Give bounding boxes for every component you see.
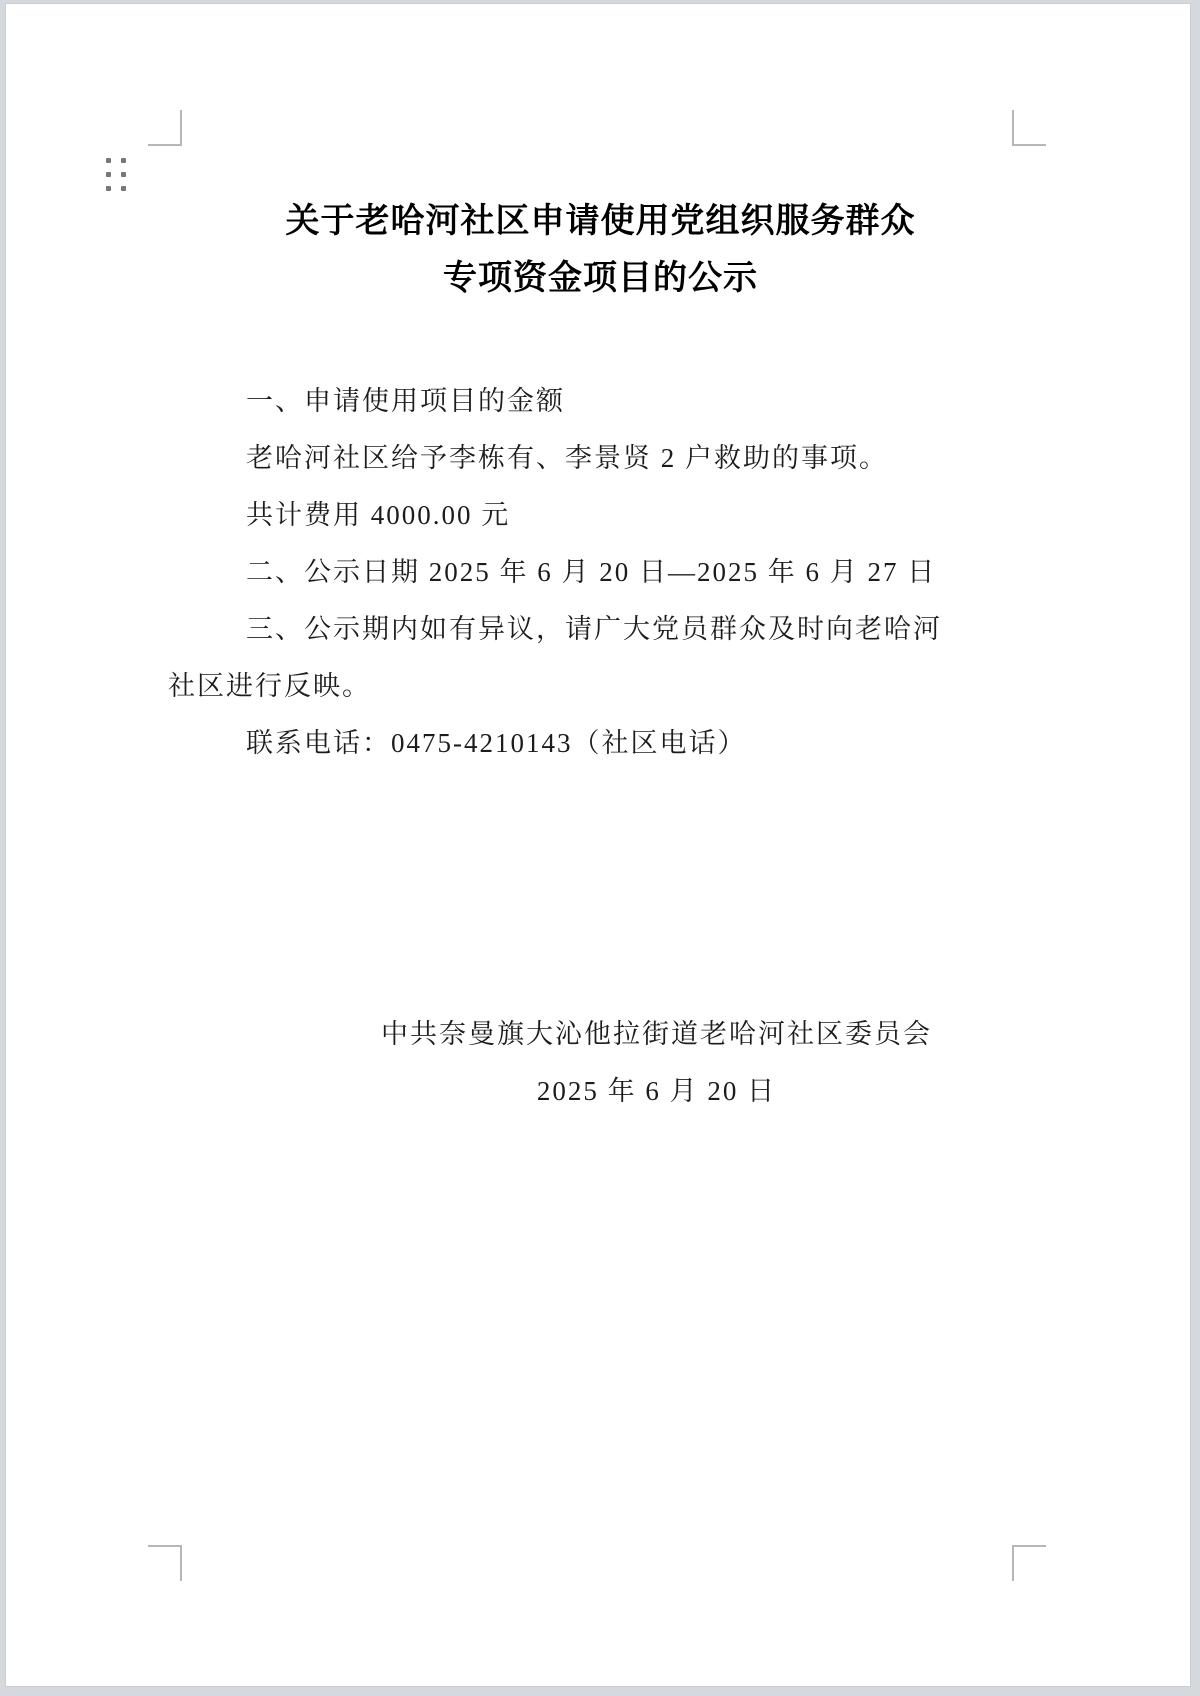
document-content: 关于老哈河社区申请使用党组织服务群众 专项资金项目的公示 一、申请使用项目的金额… bbox=[5, 3, 1191, 1120]
document-body: 一、申请使用项目的金额 老哈河社区给予李栋有、李景贤 2 户救助的事项。 共计费… bbox=[168, 373, 1033, 772]
body-line-section-1-heading: 一、申请使用项目的金额 bbox=[168, 373, 1033, 430]
body-line-objection-continued: 社区进行反映。 bbox=[168, 658, 1033, 715]
body-line-total-cost: 共计费用 4000.00 元 bbox=[168, 487, 1033, 544]
body-line-section-2-publicity-dates: 二、公示日期 2025 年 6 月 20 日—2025 年 6 月 27 日 bbox=[168, 544, 1033, 601]
document-viewer: 关于老哈河社区申请使用党组织服务群众 专项资金项目的公示 一、申请使用项目的金额… bbox=[0, 0, 1200, 1696]
document-title-line-1: 关于老哈河社区申请使用党组织服务群众 bbox=[168, 193, 1033, 250]
margin-corner-mark-bottom-left bbox=[148, 1545, 182, 1581]
body-line-contact-phone: 联系电话：0475-4210143（社区电话） bbox=[168, 715, 1033, 772]
signature-committee-name: 中共奈曼旗大沁他拉街道老哈河社区委员会 bbox=[224, 1006, 1089, 1063]
margin-corner-mark-bottom-right bbox=[1012, 1545, 1046, 1581]
body-line-aid-recipients: 老哈河社区给予李栋有、李景贤 2 户救助的事项。 bbox=[168, 430, 1033, 487]
document-title: 关于老哈河社区申请使用党组织服务群众 专项资金项目的公示 bbox=[168, 193, 1033, 307]
document-title-line-2: 专项资金项目的公示 bbox=[168, 250, 1033, 307]
body-line-section-3-objection: 三、公示期内如有异议，请广大党员群众及时向老哈河 bbox=[168, 601, 1033, 658]
signature-date: 2025 年 6 月 20 日 bbox=[224, 1063, 1089, 1120]
signature-block: 中共奈曼旗大沁他拉街道老哈河社区委员会 2025 年 6 月 20 日 bbox=[224, 1006, 1089, 1120]
